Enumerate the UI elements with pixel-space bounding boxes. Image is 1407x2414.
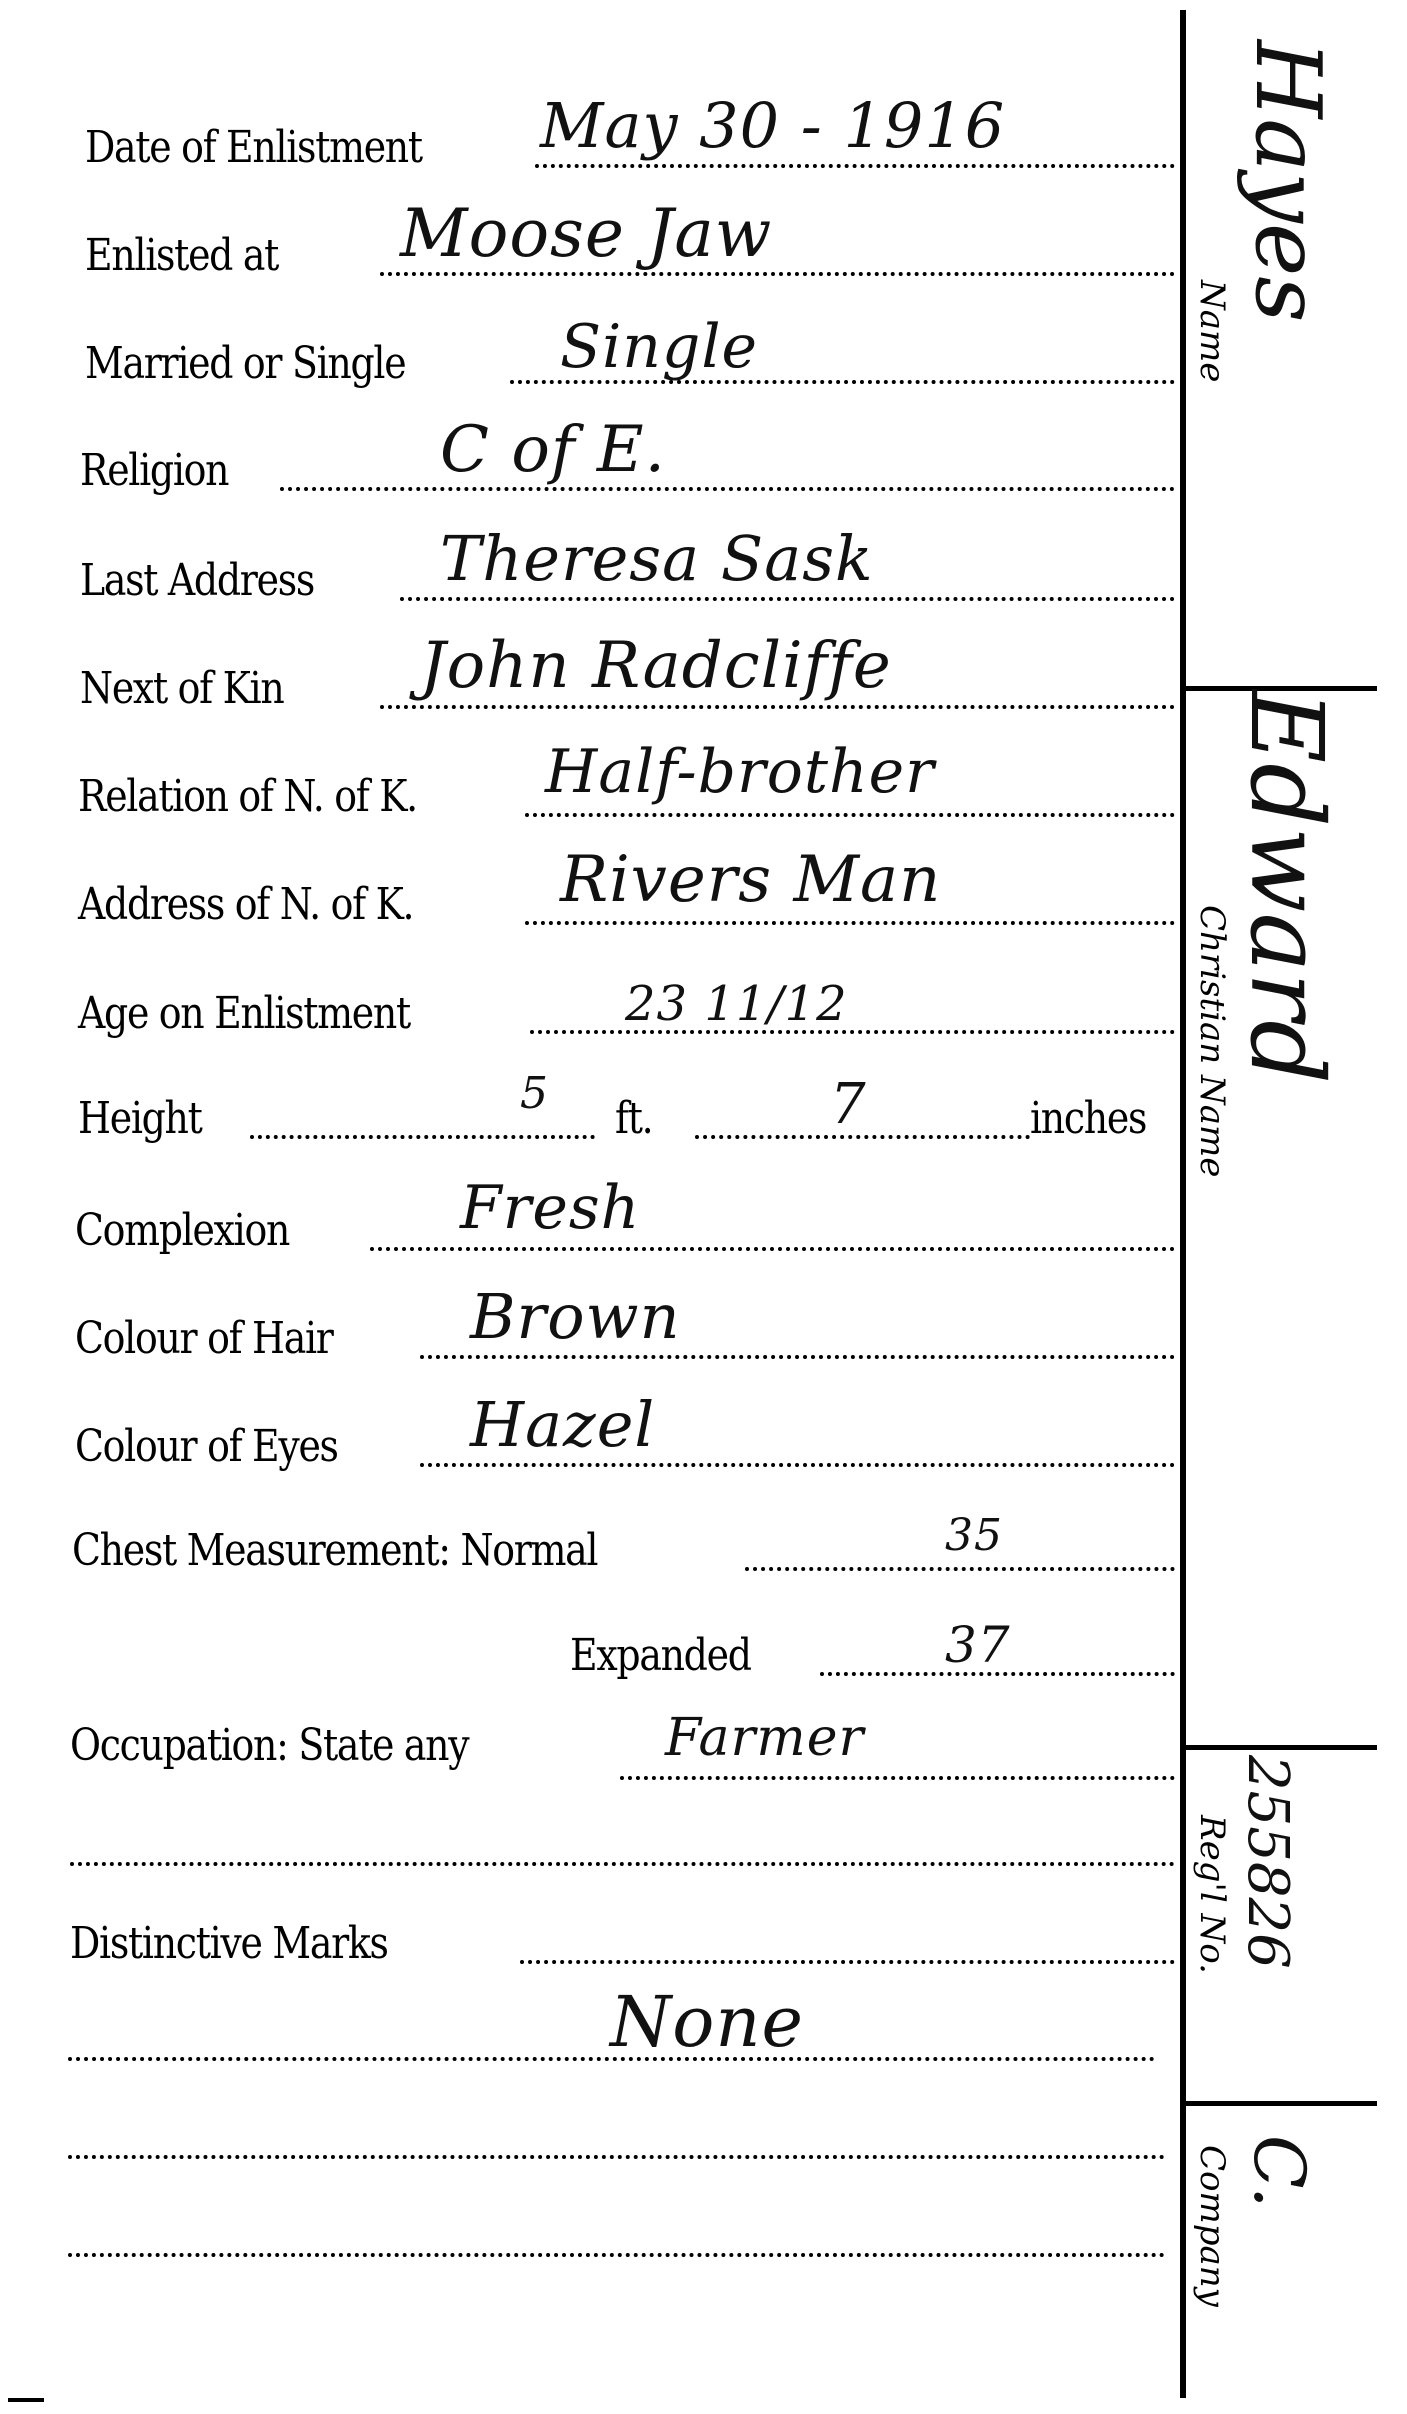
dotted-line	[520, 1960, 1175, 1964]
height-inches-value: 7	[830, 1072, 867, 1137]
dotted-line	[525, 813, 1175, 817]
field-label: Occupation: State any	[70, 1724, 468, 1768]
christian-name-label: Christian Name	[1192, 905, 1232, 1177]
name-label: Name	[1192, 280, 1232, 382]
dotted-line	[535, 164, 1175, 168]
field-value: Moose Jaw	[400, 195, 772, 272]
field-label: Complexion	[75, 1209, 289, 1253]
field-label: Chest Measurement: Normal	[72, 1529, 597, 1573]
field-label: Next of Kin	[80, 667, 283, 711]
field-next-of-kin: Next of Kin John Radcliffe	[0, 651, 1175, 711]
field-label: Date of Enlistment	[85, 126, 422, 170]
field-value: John Radcliffe	[420, 629, 892, 703]
field-label: Relation of N. of K.	[78, 775, 417, 819]
field-age-on-enlistment: Age on Enlistment 23 11/12	[0, 976, 1175, 1036]
field-enlisted-at: Enlisted at Moose Jaw	[0, 218, 1175, 278]
field-value: 37	[945, 1616, 1011, 1674]
dotted-line	[68, 2253, 1165, 2257]
field-value: Brown	[470, 1280, 681, 1353]
field-married-or-single: Married or Single Single	[0, 326, 1175, 386]
dotted-line	[620, 1776, 1175, 1780]
dotted-line	[70, 1862, 1175, 1866]
field-chest-normal: Chest Measurement: Normal 35	[0, 1513, 1175, 1573]
column-divider	[1180, 10, 1186, 2398]
field-label: Colour of Hair	[75, 1317, 333, 1361]
distinctive-marks-line-2	[0, 2101, 1175, 2161]
field-value: Half-brother	[545, 737, 935, 807]
distinctive-marks-line-3	[0, 2199, 1175, 2259]
field-religion: Religion C of E.	[0, 433, 1175, 493]
feet-label: ft.	[615, 1097, 652, 1141]
field-label: Address of N. of K.	[78, 883, 413, 927]
field-label: Height	[78, 1097, 202, 1141]
field-address-of-next-of-kin: Address of N. of K. Rivers Man	[0, 867, 1175, 927]
dotted-line	[400, 597, 1175, 601]
company-label: Company	[1192, 2145, 1232, 2307]
field-distinctive-marks: Distinctive Marks	[0, 1906, 1175, 1966]
inches-label: inches	[1030, 1097, 1146, 1141]
field-value: C of E.	[440, 413, 666, 487]
field-label: Expanded	[570, 1634, 751, 1678]
field-colour-of-eyes: Colour of Eyes Hazel	[0, 1409, 1175, 1469]
field-chest-expanded: Expanded 37	[0, 1618, 1175, 1678]
field-occupation: Occupation: State any Farmer	[0, 1708, 1175, 1768]
occupation-extra-line	[0, 1808, 1175, 1868]
field-label: Last Address	[80, 559, 314, 603]
dotted-line	[68, 2155, 1165, 2159]
dotted-line	[280, 487, 1175, 491]
field-height: Height 5 ft. 7 inches	[0, 1081, 1175, 1141]
field-relation-of-next-of-kin: Relation of N. of K. Half-brother	[0, 759, 1175, 819]
christian-name-value: Edward	[1228, 690, 1345, 1084]
height-feet-value: 5	[520, 1068, 549, 1119]
field-value: Hazel	[470, 1388, 655, 1461]
section-divider-regl-no	[1183, 2101, 1377, 2106]
section-divider-christian-name	[1183, 1745, 1377, 1750]
dotted-line	[380, 705, 1175, 709]
field-value: 35	[945, 1510, 1003, 1561]
field-date-of-enlistment: Date of Enlistment May 30 - 1916	[0, 110, 1175, 170]
dotted-line	[250, 1135, 595, 1139]
field-value: Rivers Man	[560, 843, 941, 917]
company-value: C.	[1238, 2135, 1320, 2208]
dotted-line	[380, 272, 1175, 276]
field-value: Single	[560, 312, 758, 382]
field-label: Distinctive Marks	[70, 1922, 388, 1966]
field-label: Colour of Eyes	[75, 1425, 338, 1469]
distinctive-marks-line-1: None	[0, 2003, 1175, 2063]
field-label: Age on Enlistment	[78, 992, 410, 1036]
dotted-line	[370, 1247, 1175, 1251]
dotted-line	[745, 1567, 1175, 1571]
field-value: 23 11/12	[625, 976, 848, 1032]
field-value: None	[610, 1981, 804, 2063]
dotted-line	[525, 921, 1175, 925]
field-complexion: Complexion Fresh	[0, 1193, 1175, 1253]
surname-value: Hayes	[1235, 40, 1340, 322]
field-value: Fresh	[460, 1173, 640, 1243]
field-value: May 30 - 1916	[540, 89, 1005, 162]
field-label: Married or Single	[85, 342, 405, 386]
field-value: Theresa Sask	[440, 522, 874, 595]
field-colour-of-hair: Colour of Hair Brown	[0, 1301, 1175, 1361]
regl-no-value: 255826	[1235, 1755, 1300, 1969]
field-last-address: Last Address Theresa Sask	[0, 543, 1175, 603]
field-label: Enlisted at	[85, 234, 278, 278]
field-value: Farmer	[665, 1708, 864, 1768]
edge-mark	[8, 2398, 44, 2402]
field-label: Religion	[80, 449, 228, 493]
dotted-line	[420, 1463, 1175, 1467]
regl-no-label: Reg'l No.	[1192, 1815, 1232, 1974]
dotted-line	[420, 1355, 1175, 1359]
